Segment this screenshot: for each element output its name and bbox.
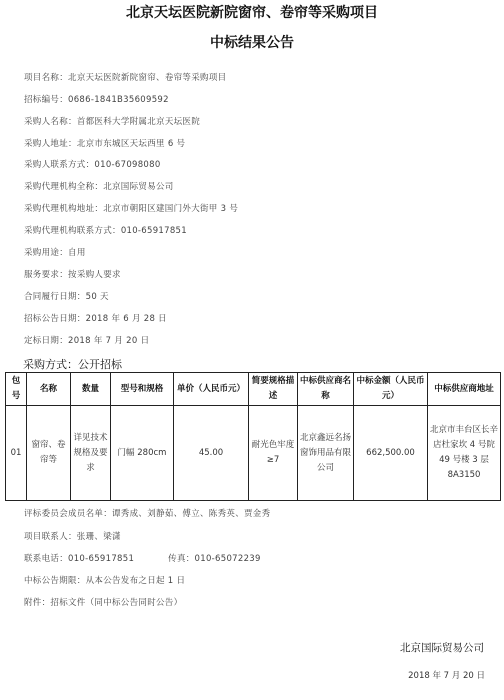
table-header-row: 包号 名称 数量 型号和规格 单价（人民币元） 简要规格描述 中标供应商名称 中… <box>6 373 501 406</box>
cell-name: 窗帘、卷帘等 <box>27 406 71 501</box>
cell-supplier-address: 北京市丰台区长辛店杜家坎 4 号院 49 号楼 3 层 8A3150 <box>428 406 501 501</box>
field-purchaser-address: 采购人地址：北京市东城区天坛西里 6 号 <box>24 137 185 149</box>
header-quantity: 数量 <box>71 373 111 406</box>
field-contract-period: 合同履行日期：50 天 <box>24 290 109 302</box>
field-agency-contact: 采购代理机构联系方式：010-65917851 <box>24 224 187 236</box>
field-agency-address: 采购代理机构地址：北京市朝阳区建国门外大街甲 3 号 <box>24 202 238 214</box>
committee-list: 评标委员会成员名单：谭秀成、刘静茹、傅立、陈秀英、贾金秀 <box>24 507 270 519</box>
field-service-requirement: 服务要求：按采购人要求 <box>24 268 121 280</box>
field-purchaser-name: 采购人名称：首都医科大学附属北京天坛医院 <box>24 115 200 127</box>
field-project-name: 项目名称：北京天坛医院新院窗帘、卷帘等采购项目 <box>24 71 226 83</box>
announcement-period: 中标公告期限：从本公告发布之日起 1 日 <box>24 574 185 586</box>
cell-model: 门幅 280cm <box>111 406 174 501</box>
contact-person: 项目联系人：张珊、梁潇 <box>24 530 121 542</box>
title-line-1: 北京天坛医院新院窗帘、卷帘等采购项目 <box>0 2 504 22</box>
title-line-2: 中标结果公告 <box>0 32 504 52</box>
procurement-method: 采购方式：公开招标 <box>23 356 122 372</box>
attachment: 附件：招标文件（同中标公告同时公告） <box>24 596 182 608</box>
header-spec: 简要规格描述 <box>249 373 298 406</box>
contact-fax: 传真：010-65072239 <box>168 552 261 564</box>
cell-spec: 耐光色牢度≥7 <box>249 406 298 501</box>
contact-phone-fax: 联系电话：010-65917851传真：010-65072239 <box>24 552 261 564</box>
field-award-date: 定标日期：2018 年 7 月 20 日 <box>24 334 149 346</box>
cell-unit-price: 45.00 <box>174 406 249 501</box>
header-name: 名称 <box>27 373 71 406</box>
header-amount: 中标金额（人民币元） <box>354 373 428 406</box>
signature-org: 北京国际贸易公司 <box>400 640 484 655</box>
cell-quantity: 详见技术规格及要求 <box>71 406 111 501</box>
cell-package: 01 <box>6 406 27 501</box>
field-tender-number: 招标编号：0686-1841B35609592 <box>24 93 169 105</box>
field-announcement-date: 招标公告日期：2018 年 6 月 28 日 <box>24 312 167 324</box>
header-supplier: 中标供应商名称 <box>298 373 354 406</box>
field-purpose: 采购用途：自用 <box>24 246 86 258</box>
cell-amount: 662,500.00 <box>354 406 428 501</box>
table-row: 01 窗帘、卷帘等 详见技术规格及要求 门幅 280cm 45.00 耐光色牢度… <box>6 406 501 501</box>
header-unit-price: 单价（人民币元） <box>174 373 249 406</box>
signature-date: 2018 年 7 月 20 日 <box>408 669 485 681</box>
field-agency-name: 采购代理机构全称：北京国际贸易公司 <box>24 180 174 192</box>
header-supplier-address: 中标供应商地址 <box>428 373 501 406</box>
award-table: 包号 名称 数量 型号和规格 单价（人民币元） 简要规格描述 中标供应商名称 中… <box>5 372 501 501</box>
cell-supplier: 北京鑫远名扬窗饰用品有限公司 <box>298 406 354 501</box>
contact-phone: 联系电话：010-65917851 <box>24 554 134 564</box>
header-model: 型号和规格 <box>111 373 174 406</box>
field-purchaser-contact: 采购人联系方式：010-67098080 <box>24 158 161 170</box>
header-package: 包号 <box>6 373 27 406</box>
